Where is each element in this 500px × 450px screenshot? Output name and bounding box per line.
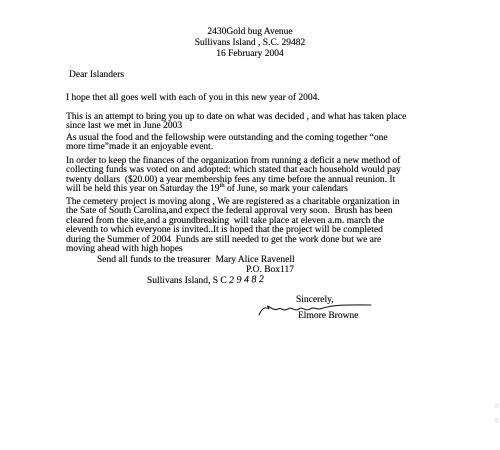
paragraph-1: I hope thet all goes well with each of y…	[66, 94, 320, 103]
sender-address-block: 2430Gold bug Avenue Sullivans Island , S…	[0, 27, 500, 60]
paragraph-4-last-line: will be held this year on Saturday the 1…	[66, 185, 348, 194]
remittance-instruction-line: Send all funds to the treasurer Mary Ali…	[97, 256, 295, 265]
paragraph-2: This is an attempt to bring you up to da…	[66, 113, 406, 132]
scan-artifact-icon	[495, 403, 499, 408]
scan-artifact-icon	[495, 418, 499, 423]
paragraph-4: In order to keep the finances of the org…	[66, 157, 401, 185]
signer-name: Elmore Browne	[298, 312, 358, 321]
remittance-city-text: Sullivans Island, S C	[147, 276, 229, 286]
remittance-city-line: Sullivans Island, S C 29482	[147, 276, 267, 286]
salutation: Dear Islanders	[69, 71, 124, 80]
p4-last-line-pre: will be held this year on Saturday the 1…	[66, 184, 220, 194]
paragraph-3: As usual the food and the fellowship wer…	[66, 134, 388, 153]
p4-last-line-post: of June, so mark your calendars	[225, 184, 348, 194]
paragraph-5: The cemetery project is moving along , W…	[66, 198, 400, 254]
handwritten-zip: 29482	[229, 275, 267, 286]
scanned-letter-page: 2430Gold bug Avenue Sullivans Island , S…	[0, 0, 500, 450]
